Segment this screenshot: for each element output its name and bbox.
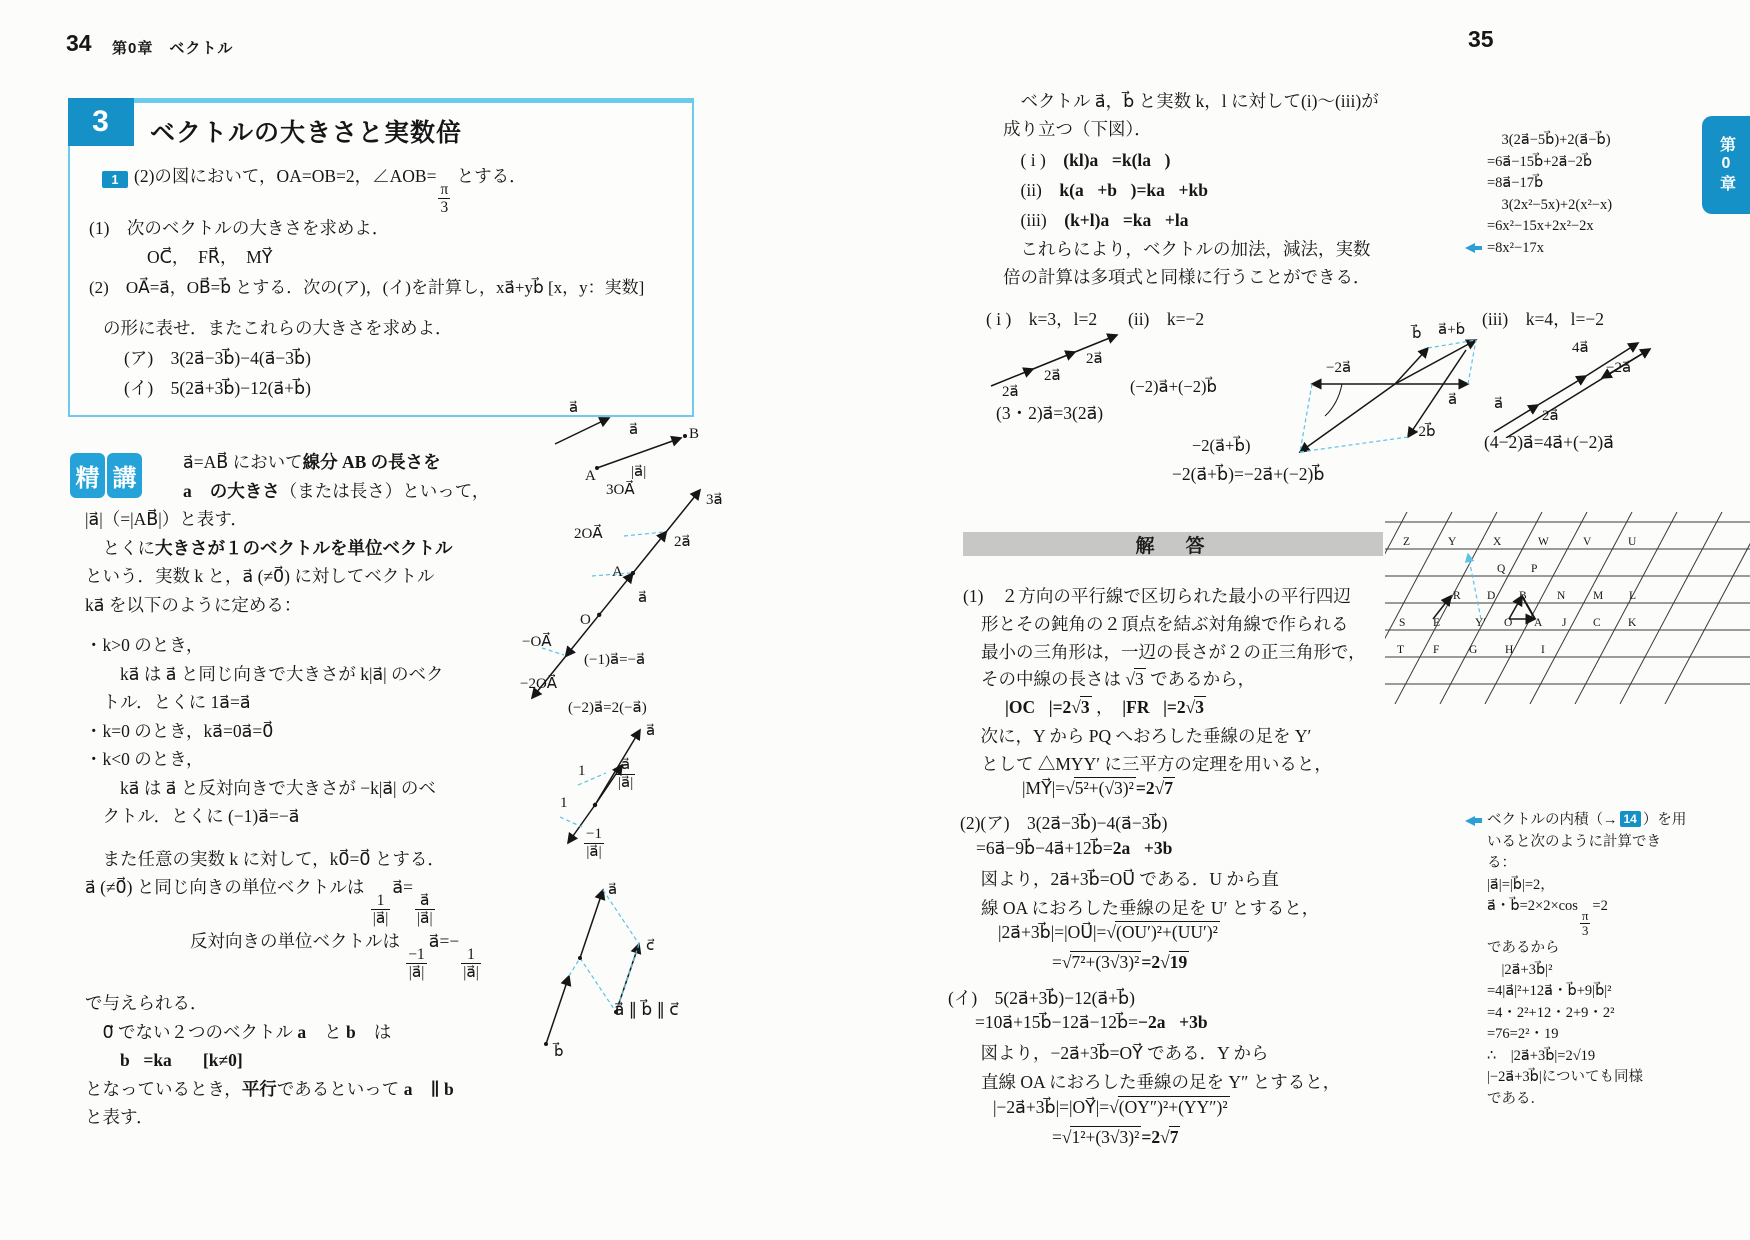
problem-item-a: (ア) 3(2a⃗−3b⃗)−4(a⃗−3b⃗)	[124, 345, 311, 370]
label-one: 1	[560, 795, 568, 811]
margin-line: =4・2²+12・2+9・2²	[1465, 1003, 1750, 1025]
fig3-caption: (4−2)a⃗=4a⃗+(−2)a⃗	[1484, 432, 1614, 453]
lattice-letter: K	[1628, 617, 1637, 629]
lattice-letter: Z	[1403, 536, 1410, 548]
lattice-letter: O	[1504, 617, 1512, 629]
lattice-letter: F	[1433, 644, 1439, 656]
label-a: a⃗	[638, 590, 647, 606]
seiko-line: a⃗ の大きさ（または長さ）といって，	[85, 477, 563, 506]
intro-line: (iii) (k+l)a⃗=ka⃗+la⃗	[1003, 207, 1202, 232]
intro-line: (ii) k(a⃗+b⃗)=ka⃗+kb⃗	[1003, 177, 1222, 202]
fig2-caption: −2(a⃗+b⃗)=−2a⃗+(−2)b⃗	[1172, 464, 1324, 485]
label-one: 1	[578, 763, 586, 779]
lattice-letter: Q	[1497, 563, 1506, 575]
label-b: b⃗	[1410, 323, 1422, 342]
seiko-line: となっているとき，平行であるといって a⃗ ∥ b⃗	[85, 1075, 563, 1104]
page-number-left: 34	[66, 30, 92, 57]
problem-q1-vectors: OC⃗， FR⃗， MY⃗	[147, 244, 273, 269]
lattice-letter: N	[1557, 590, 1566, 602]
answer-line: 形とその鈍角の２頂点を結ぶ対角線で作られる	[981, 611, 1349, 636]
label-a-plus-b: a⃗+b⃗	[1438, 322, 1465, 338]
fig2-sum-label: (−2)a⃗+(−2)b⃗	[1130, 377, 1217, 397]
seiko-line: ka⃗ を以下のように定める：	[85, 591, 563, 620]
problem-box: 3 ベクトルの大きさと実数倍 1 (2)の図において，OA=OB=2，∠AOB=…	[68, 98, 694, 417]
label-A: A	[612, 564, 623, 580]
label-a: a⃗	[1494, 396, 1503, 412]
seiko-line: a⃗ (≠0⃗) と同じ向きの単位ベクトルは 1|a⃗|a⃗=a⃗|a⃗|	[85, 873, 563, 927]
problem-number-badge: 3	[68, 98, 134, 146]
problem-q2b: の形に表せ．またこれらの大きさを求めよ．	[103, 315, 452, 340]
seiko-line: ・k=0 のとき，ka⃗=0a⃗=0⃗	[85, 717, 563, 746]
problem-q2: (2) OA⃗=a⃗，OB⃗=b⃗ とする．次の(ア)，(イ)を計算し，xa⃗+…	[89, 273, 644, 298]
label-neg2b: −2b⃗	[1410, 421, 1435, 440]
label-point-B: B	[689, 426, 699, 442]
label-2a: 2a⃗	[1086, 351, 1103, 367]
problem-intro: (2)の図において，OA=OB=2，∠AOB=π3 とする．	[134, 163, 527, 216]
fig3-diagram: a⃗ 2a⃗ 4a⃗ −2a⃗	[1488, 328, 1668, 438]
chapter-header: 第0章 ベクトル	[112, 37, 233, 58]
label-2a: 2a⃗	[1542, 408, 1559, 424]
answer-line: (2)(ア) 3(2a⃗−3b⃗)−4(a⃗−3b⃗)	[960, 810, 1167, 835]
lattice-letter: V	[1583, 536, 1592, 548]
margin-line: ベクトルの内積（→14）を用	[1465, 810, 1750, 832]
fig1-header: ( i ) k=3，l=2	[986, 306, 1097, 331]
seiko-line: ・k<0 のとき，	[85, 745, 563, 774]
textbook-spread: 34 第0章 ベクトル 3 ベクトルの大きさと実数倍 1 (2)の図において，O…	[0, 0, 1750, 1240]
intro-line: ( i ) (kl)a⃗=k(la⃗)	[1003, 147, 1170, 172]
margin-line: |a⃗|=|b⃗|=2，	[1465, 875, 1750, 897]
label-4a: 4a⃗	[1572, 340, 1589, 356]
margin-note-inner-product: ベクトルの内積（→14）を用 いると次のように計算でき る： |a⃗|=|b⃗|…	[1465, 810, 1750, 1110]
label-2a: 2a⃗	[1044, 368, 1061, 384]
seiko-line: ka⃗ は a⃗ と反対向きで大きさが −k|a⃗| のベ	[85, 774, 563, 803]
diagram-parallel-vectors: a⃗ c⃗ b⃗	[540, 872, 730, 1062]
label-a: a⃗	[1448, 392, 1457, 408]
lattice-letter: W	[1538, 536, 1549, 548]
margin-line: |−2a⃗+3b⃗|についても同様	[1465, 1067, 1750, 1089]
answer-line: その中線の長さは √3 であるから，	[981, 666, 1255, 691]
lattice-letter: R	[1453, 590, 1461, 602]
answer-line: =√7²+(3√3)²=2√19	[1052, 952, 1189, 973]
question-badge: 1	[102, 171, 128, 188]
answer-line: 直線 OA におろした垂線の足を Y″ とすると，	[981, 1069, 1340, 1094]
margin-line: |2a⃗+3b⃗|²	[1465, 960, 1750, 982]
diagram-scalar-multiples: 3OA⃗ 3a⃗ 2OA⃗ 2a⃗ A a⃗ O −OA⃗ (−1)a⃗=−a⃗…	[520, 476, 750, 716]
margin-line: いると次のように計算でき	[1465, 832, 1750, 854]
label-neg2OA: −2OA⃗	[520, 673, 558, 692]
answer-line: =6a⃗−9b⃗−4a⃗+12b⃗=2a⃗+3b⃗	[976, 838, 1186, 859]
label-c-vec: c⃗	[646, 938, 655, 954]
label-3a: 3a⃗	[706, 492, 723, 508]
lattice-letter: I	[1541, 644, 1545, 656]
parallel-caption: a⃗ ∥ b⃗ ∥ c⃗	[614, 1000, 679, 1020]
margin-line: =4|a⃗|²+12a⃗・b⃗+9|b⃗|²	[1465, 981, 1750, 1003]
answer-line: (1) ２方向の平行線で区切られた最小の平行四辺	[963, 583, 1351, 608]
label-b-vec: b⃗	[552, 1041, 564, 1060]
margin-line: る：	[1465, 853, 1750, 875]
problem-q1: (1) 次のベクトルの大きさを求めよ．	[89, 215, 389, 240]
fig2-header: (ii) k=−2	[1128, 306, 1204, 331]
fig1-caption: (3・2)a⃗=3(2a⃗)	[996, 400, 1103, 425]
problem-title: ベクトルの大きさと実数倍	[150, 113, 462, 149]
intro-line: 成り立つ（下図）．	[1003, 116, 1152, 141]
lattice-letter: P	[1531, 563, 1537, 575]
margin-line: =8a⃗−17b⃗	[1465, 173, 1612, 195]
label-O: O	[580, 612, 591, 628]
answer-line: 図より，2a⃗+3b⃗=OU⃗ である．U から直	[963, 866, 1279, 891]
answer-line: |MY⃗|=√5²+(√3)²=2√7	[1022, 778, 1175, 799]
answer-line: として △MYY′ に三平方の定理を用いると，	[981, 751, 1332, 776]
label-2a: 2a⃗	[674, 534, 691, 550]
lattice-letter: Y′	[1475, 617, 1486, 629]
seiko-line: ka⃗ は a⃗ と同じ向きで大きさが k|a⃗| のベク	[85, 660, 563, 689]
seiko-line: ・k>0 のとき，	[85, 631, 563, 660]
label-neg2a: −2a⃗	[1606, 360, 1631, 376]
seiko-line: 0⃗ でない２つのベクトル a⃗ と b⃗ は	[85, 1018, 563, 1047]
answer-line: 次に，Y から PQ へおろした垂線の足を Y′	[963, 723, 1311, 748]
label-a-vec: a⃗	[569, 400, 578, 416]
label-a-vec: a⃗	[608, 882, 617, 898]
fig2-tip-label: −2(a⃗+b⃗)	[1192, 436, 1250, 456]
answer-line: =√1²+(3√3)²=2√7	[1052, 1127, 1180, 1148]
lattice-letter: E	[1433, 617, 1440, 629]
margin-line: 3(2a⃗−5b⃗)+2(a⃗−b⃗)	[1465, 130, 1612, 152]
lattice-letter: M	[1593, 590, 1603, 602]
lattice-letter: T	[1397, 644, 1404, 656]
chapter-tab: 第0章	[1702, 116, 1750, 214]
answer-line: |OC⃗|=2√3 ， |FR⃗|=2√3	[1005, 694, 1206, 719]
answer-line: =10a⃗+15b⃗−12a⃗−12b⃗=−2a⃗+3b⃗	[975, 1012, 1221, 1033]
seiko-line: トル．とくに 1a⃗=a⃗	[85, 688, 563, 717]
seiko-line: とくに大きさが１のベクトルを単位ベクトル	[85, 534, 563, 563]
lattice-letter: G	[1469, 644, 1477, 656]
diagram-vector-ab: a⃗ a⃗ A B |a⃗|	[545, 398, 725, 483]
label-neg1a: (−1)a⃗=−a⃗	[584, 652, 645, 668]
page-number-right: 35	[1468, 26, 1494, 53]
diagram-unit-vectors: a⃗ 1 1	[548, 713, 718, 878]
answer-line: 線 OA におろした垂線の足を U′ とすると，	[981, 895, 1319, 920]
seiko-line: クトル．とくに (−1)a⃗=−a⃗	[85, 802, 563, 831]
seiko-line: 反対向きの単位ベクトルは −1|a⃗|a⃗=−1|a⃗|	[85, 927, 563, 981]
seiko-line: と表す．	[85, 1103, 563, 1132]
lattice-letter: L	[1629, 590, 1636, 602]
label-2a: 2a⃗	[1002, 384, 1019, 400]
lattice-diagram: Z Y X W V U Q P R D B N M L S E Y′ O A J…	[1385, 512, 1750, 704]
answer-line: (イ) 5(2a⃗+3b⃗)−12(a⃗+b⃗)	[948, 985, 1135, 1010]
margin-line: =76=2²・19	[1465, 1024, 1750, 1046]
fig1-diagram: 2a⃗ 2a⃗ 2a⃗	[986, 330, 1126, 402]
lattice-letter: H	[1505, 644, 1513, 656]
lattice-letter: S	[1399, 617, 1405, 629]
label-neg2a: −2a⃗	[1326, 360, 1351, 376]
lattice-letter: B	[1519, 590, 1527, 602]
intro-line: これらにより，ベクトルの加法，減法，実数	[1003, 236, 1371, 261]
intro-line: 倍の計算は多項式と同様に行うことができる．	[1003, 264, 1371, 289]
margin-line: ∴ |2a⃗+3b⃗|=2√19	[1465, 1046, 1750, 1068]
answer-line: |−2a⃗+3b⃗|=|OY⃗|=√(OY″)²+(YY″)²	[993, 1097, 1230, 1118]
seiko-text: a⃗=AB⃗ において線分 AB の長さを a⃗ の大きさ（または長さ）といって…	[85, 448, 563, 1132]
unit-vector-fraction-negative: −1 |a⃗|	[584, 826, 604, 861]
seiko-line: b⃗=ka⃗ [k≠0]	[85, 1046, 563, 1075]
seiko-line: a⃗=AB⃗ において線分 AB の長さを	[85, 448, 563, 477]
lattice-letter: X	[1493, 536, 1502, 548]
lattice-letter: J	[1562, 617, 1567, 629]
problem-item-i: (イ) 5(2a⃗+3b⃗)−12(a⃗+b⃗)	[124, 375, 311, 400]
margin-line: a⃗・b⃗=2×2×cosπ3=2	[1465, 896, 1750, 938]
lattice-letter: D	[1487, 590, 1495, 602]
intro-line: ベクトル a⃗，b⃗ と実数 k，l に対して(i)〜(iii)が	[1003, 88, 1379, 113]
margin-line: であるから	[1465, 938, 1750, 960]
margin-note-top: 3(2a⃗−5b⃗)+2(a⃗−b⃗) =6a⃗−15b⃗+2a⃗−2b⃗ =8…	[1465, 130, 1612, 259]
margin-line: である．	[1465, 1089, 1750, 1111]
seiko-line: という．実数 k と，a⃗ (≠0⃗) に対してベクトル	[85, 562, 563, 591]
answer-line: 図より，−2a⃗+3b⃗=OY⃗ である．Y から	[963, 1040, 1269, 1065]
label-a-vec: a⃗	[629, 422, 638, 438]
label-2OA: 2OA⃗	[574, 523, 603, 542]
lattice-letter: U	[1628, 536, 1637, 548]
seiko-line: で与えられる．	[85, 989, 563, 1018]
blue-left-arrow-icon	[1465, 243, 1482, 253]
margin-line: =8x²−17x	[1465, 238, 1612, 260]
fig2-diagram: b⃗ a⃗+b⃗ −2a⃗ a⃗ −2b⃗	[1280, 322, 1492, 474]
lattice-letter: A	[1534, 617, 1543, 629]
margin-line: 3(2x²−5x)+2(x²−x)	[1465, 195, 1612, 217]
margin-line: =6x²−15x+2x²−2x	[1465, 216, 1612, 238]
label-3OA: 3OA⃗	[606, 479, 635, 498]
seiko-line: |a⃗|（=|AB⃗|）と表す．	[85, 505, 563, 534]
answer-line: 最小の三角形は，一辺の長さが２の正三角形で，	[981, 639, 1366, 664]
label-a-vec: a⃗	[646, 723, 655, 739]
answer-header-band: 解 答	[963, 532, 1383, 556]
label-neg-OA: −OA⃗	[522, 631, 552, 650]
lattice-letter: Y	[1448, 536, 1457, 548]
ref-number-badge: 14	[1620, 811, 1641, 827]
margin-line: =6a⃗−15b⃗+2a⃗−2b⃗	[1465, 152, 1612, 174]
answer-line: |2a⃗+3b⃗|=|OU⃗|=√(OU′)²+(UU′)²	[998, 922, 1220, 943]
unit-vector-fraction-positive: a⃗ |a⃗|	[616, 757, 635, 792]
lattice-letter: C	[1593, 617, 1601, 629]
seiko-line: また任意の実数 k に対して，k0⃗=0⃗ とする．	[85, 845, 563, 874]
blue-left-arrow-icon	[1465, 816, 1482, 826]
